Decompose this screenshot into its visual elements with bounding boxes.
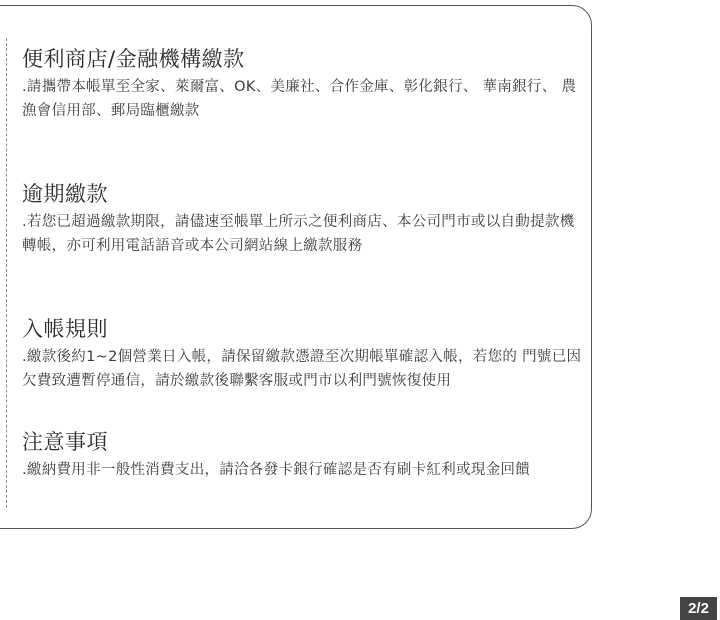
bill-page: 便利商店/金融機構繳款 .請攜帶本帳單至全家、萊爾富、OK、美廉社、合作金庫、彰… — [0, 0, 720, 620]
section-body: .繳款後約1~2個營業日入帳，請保留繳款憑證至次期帳單確認入帳，若您的 門號已因… — [22, 345, 582, 393]
section-overdue-payment: 逾期繳款 .若您已超過繳款期限，請儘速至帳單上所示之便利商店、本公司門市或以自動… — [22, 180, 582, 258]
dashed-divider — [6, 38, 7, 508]
section-title: 便利商店/金融機構繳款 — [22, 45, 582, 73]
section-title: 逾期繳款 — [22, 180, 582, 208]
section-title: 注意事項 — [22, 428, 582, 456]
page-indicator: 2/2 — [680, 597, 717, 620]
section-title: 入帳規則 — [22, 315, 582, 343]
section-body: .繳納費用非一般性消費支出，請洽各發卡銀行確認是否有刷卡紅利或現金回饋 — [22, 458, 582, 482]
section-body: .請攜帶本帳單至全家、萊爾富、OK、美廉社、合作金庫、彰化銀行、 華南銀行、 農… — [22, 75, 582, 123]
section-notes: 注意事項 .繳納費用非一般性消費支出，請洽各發卡銀行確認是否有刷卡紅利或現金回饋 — [22, 428, 582, 482]
section-body: .若您已超過繳款期限，請儘速至帳單上所示之便利商店、本公司門市或以自動提款機轉帳… — [22, 210, 582, 258]
section-convenience-store-payment: 便利商店/金融機構繳款 .請攜帶本帳單至全家、萊爾富、OK、美廉社、合作金庫、彰… — [22, 45, 582, 123]
section-posting-rules: 入帳規則 .繳款後約1~2個營業日入帳，請保留繳款憑證至次期帳單確認入帳，若您的… — [22, 315, 582, 393]
